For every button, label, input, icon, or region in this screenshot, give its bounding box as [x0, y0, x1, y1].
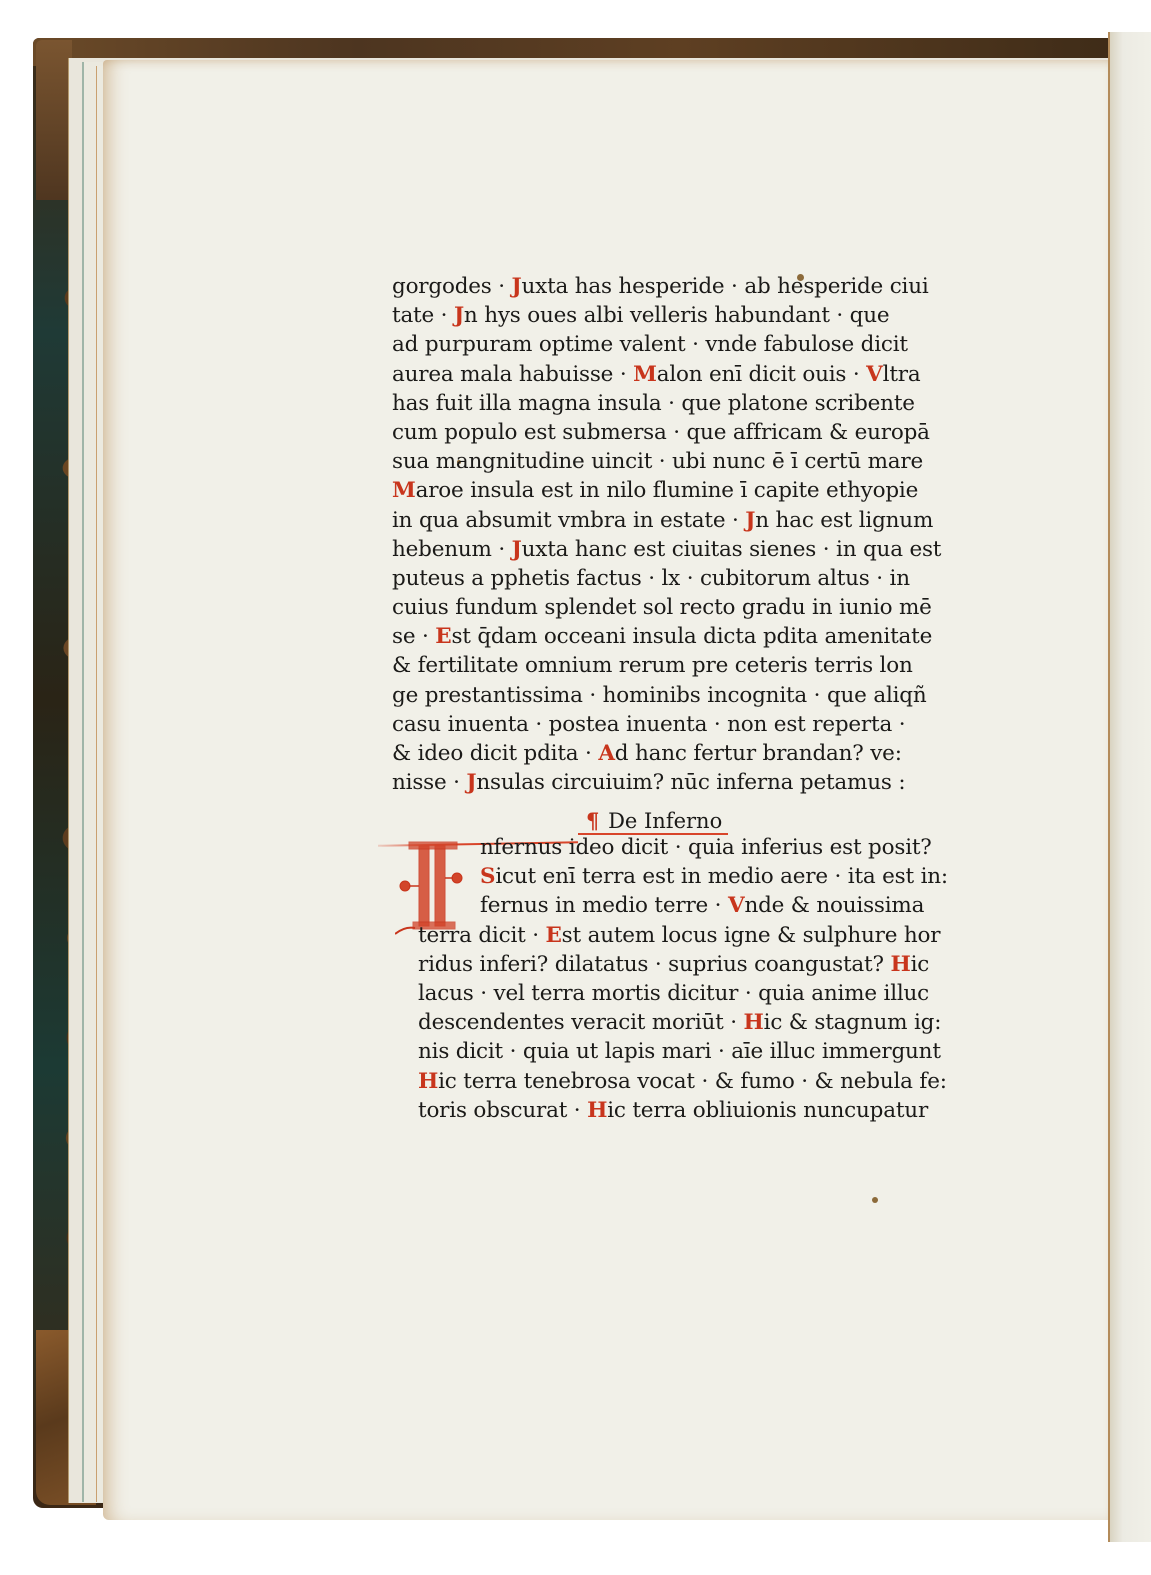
- line-text: tate ·: [392, 303, 454, 328]
- text-line: se · Est q̄dam occeani insula dicta pdit…: [392, 622, 912, 651]
- text-line: has fuit illa magna insula · que platone…: [392, 389, 912, 418]
- line-text: descendentes veracit moriūt ·: [418, 1010, 744, 1035]
- line-text: nis dicit · quia ut lapis mari · aīe ill…: [418, 1039, 941, 1064]
- line-text: nisse ·: [392, 770, 466, 795]
- line-text: ic terra obliuionis nuncupatur: [607, 1098, 928, 1123]
- line-text: & ideo dicit pdita ·: [392, 741, 598, 766]
- text-line: casu inuenta · postea inuenta · non est …: [392, 710, 912, 739]
- line-text: alon enī dicit ouis ·: [657, 362, 866, 387]
- text-line: nfernus ideo dicit · quia inferius est p…: [418, 833, 928, 862]
- line-text: in qua absumit vmbra in estate ·: [392, 508, 745, 533]
- text-line: Sicut enī terra est in medio aere · ita …: [418, 862, 928, 891]
- line-text: st q̄dam occeani insula dicta pdita amen…: [451, 624, 932, 649]
- line-text: & fertilitate omnium rerum pre ceteris t…: [392, 653, 913, 678]
- text-line: tate · Jn hys oues albi velleris habunda…: [392, 301, 912, 330]
- line-text: ic terra tenebrosa vocat · & fumo · & ne…: [438, 1069, 947, 1094]
- rubricated-capital: J: [466, 770, 476, 795]
- text-line: nisse · Jnsulas circuiuim? nūc inferna p…: [392, 768, 912, 797]
- text-line: & fertilitate omnium rerum pre ceteris t…: [392, 651, 912, 680]
- line-text: se ·: [392, 624, 435, 649]
- rubricated-capital: V: [866, 362, 882, 387]
- line-text: ic: [911, 952, 930, 977]
- text-line: hebenum · Juxta hanc est ciuitas sienes …: [392, 535, 912, 564]
- text-line: Hic terra tenebrosa vocat · & fumo · & n…: [418, 1067, 928, 1096]
- facing-page-edge: [1108, 32, 1151, 1542]
- line-text: ltra: [883, 362, 921, 387]
- text-line: in qua absumit vmbra in estate · Jn hac …: [392, 506, 912, 535]
- text-line: cum populo est submersa · que affricam &…: [392, 418, 912, 447]
- rubricated-capital: H: [587, 1098, 607, 1123]
- rubricated-capital: J: [512, 274, 522, 299]
- line-text: cuius fundum splendet sol recto gradu in…: [392, 595, 932, 620]
- text-line: cuius fundum splendet sol recto gradu in…: [392, 593, 912, 622]
- rubricated-capital: M: [392, 478, 416, 503]
- rubricated-capital: A: [598, 741, 614, 766]
- text-line: nis dicit · quia ut lapis mari · aīe ill…: [418, 1037, 928, 1066]
- text-line: terra dicit · Est autem locus igne & sul…: [418, 921, 928, 950]
- text-line: & ideo dicit pdita · Ad hanc fertur bran…: [392, 739, 912, 768]
- text-line: sua mangnitudine uincit · ubi nunc ē ī c…: [392, 447, 912, 476]
- text-line: descendentes veracit moriūt · Hic & stag…: [418, 1008, 928, 1037]
- rubricated-capital: H: [890, 952, 910, 977]
- line-text: n hac est lignum: [755, 508, 933, 533]
- rubricated-capital: J: [512, 537, 522, 562]
- foxing-spot: [872, 1197, 878, 1203]
- line-text: aurea mala habuisse ·: [392, 362, 633, 387]
- line-text: n hys oues albi velleris habundant · que: [464, 303, 890, 328]
- rubricated-capital: J: [745, 508, 755, 533]
- rubricated-capital: J: [454, 303, 464, 328]
- line-text: toris obscurat ·: [418, 1098, 587, 1123]
- text-line: lacus · vel terra mortis dicitur · quia …: [418, 979, 928, 1008]
- rubricated-capital: H: [744, 1010, 764, 1035]
- line-text: nsulas circuiuim? nūc inferna petamus :: [476, 770, 905, 795]
- line-text: terra dicit ·: [418, 923, 545, 948]
- line-text: aroe insula est in nilo flumine ī capite…: [416, 478, 919, 503]
- book-photograph: gorgodes · Juxta has hesperide · ab hesp…: [0, 0, 1151, 1575]
- line-text: ad purpuram optime valent · vnde fabulos…: [392, 332, 908, 357]
- rubricated-capital: E: [545, 923, 561, 948]
- leather-corner-top-left: [36, 40, 72, 200]
- section-heading-text: De Inferno: [608, 809, 722, 833]
- rubricated-capital: E: [435, 624, 451, 649]
- line-text: d hanc fertur brandan? ve:: [615, 741, 902, 766]
- line-text: ridus inferi? dilatatus · suprius coangu…: [418, 952, 890, 977]
- line-text: icut enī terra est in medio aere · ita e…: [495, 864, 948, 889]
- line-text: gorgodes ·: [392, 274, 512, 299]
- line-text: hebenum ·: [392, 537, 512, 562]
- paragraph-mark-icon: ¶: [586, 808, 599, 833]
- line-text: ge prestantissima · hominibs incognita ·…: [392, 683, 927, 708]
- line-text: sua mangnitudine uincit · ubi nunc ē ī c…: [392, 449, 923, 474]
- section-heading: ¶ De Inferno: [578, 808, 728, 835]
- text-line: toris obscurat · Hic terra obliuionis nu…: [418, 1096, 928, 1125]
- line-text: st autem locus igne & sulphure hor: [562, 923, 941, 948]
- line-text: nde & nouissima: [744, 893, 924, 918]
- rubricated-capital: S: [480, 864, 495, 889]
- text-block-lower: nfernus ideo dicit · quia inferius est p…: [418, 833, 928, 1125]
- text-block-upper: gorgodes · Juxta has hesperide · ab hesp…: [392, 272, 912, 797]
- line-text: uxta hanc est ciuitas sienes · in qua es…: [522, 537, 942, 562]
- line-text: fernus in medio terre ·: [480, 893, 728, 918]
- text-line: Maroe insula est in nilo flumine ī capit…: [392, 476, 912, 505]
- line-text: ic & stagnum ig:: [764, 1010, 942, 1035]
- text-line: ad purpuram optime valent · vnde fabulos…: [392, 330, 912, 359]
- text-line: fernus in medio terre · Vnde & nouissima: [418, 891, 928, 920]
- text-line: puteus a pphetis factus · lx · cubitorum…: [392, 564, 912, 593]
- text-line: gorgodes · Juxta has hesperide · ab hesp…: [392, 272, 912, 301]
- line-text: nfernus ideo dicit · quia inferius est p…: [480, 835, 932, 860]
- rubricated-capital: M: [633, 362, 657, 387]
- text-line: aurea mala habuisse · Malon enī dicit ou…: [392, 360, 912, 389]
- line-text: puteus a pphetis factus · lx · cubitorum…: [392, 566, 910, 591]
- rubricated-capital: V: [728, 893, 744, 918]
- text-line: ge prestantissima · hominibs incognita ·…: [392, 681, 912, 710]
- rubricated-capital: H: [418, 1069, 438, 1094]
- line-text: casu inuenta · postea inuenta · non est …: [392, 712, 905, 737]
- text-line: ridus inferi? dilatatus · suprius coangu…: [418, 950, 928, 979]
- line-text: has fuit illa magna insula · que platone…: [392, 391, 915, 416]
- line-text: uxta has hesperide · ab hesperide ciui: [522, 274, 929, 299]
- line-text: lacus · vel terra mortis dicitur · quia …: [418, 981, 929, 1006]
- line-text: cum populo est submersa · que affricam &…: [392, 420, 930, 445]
